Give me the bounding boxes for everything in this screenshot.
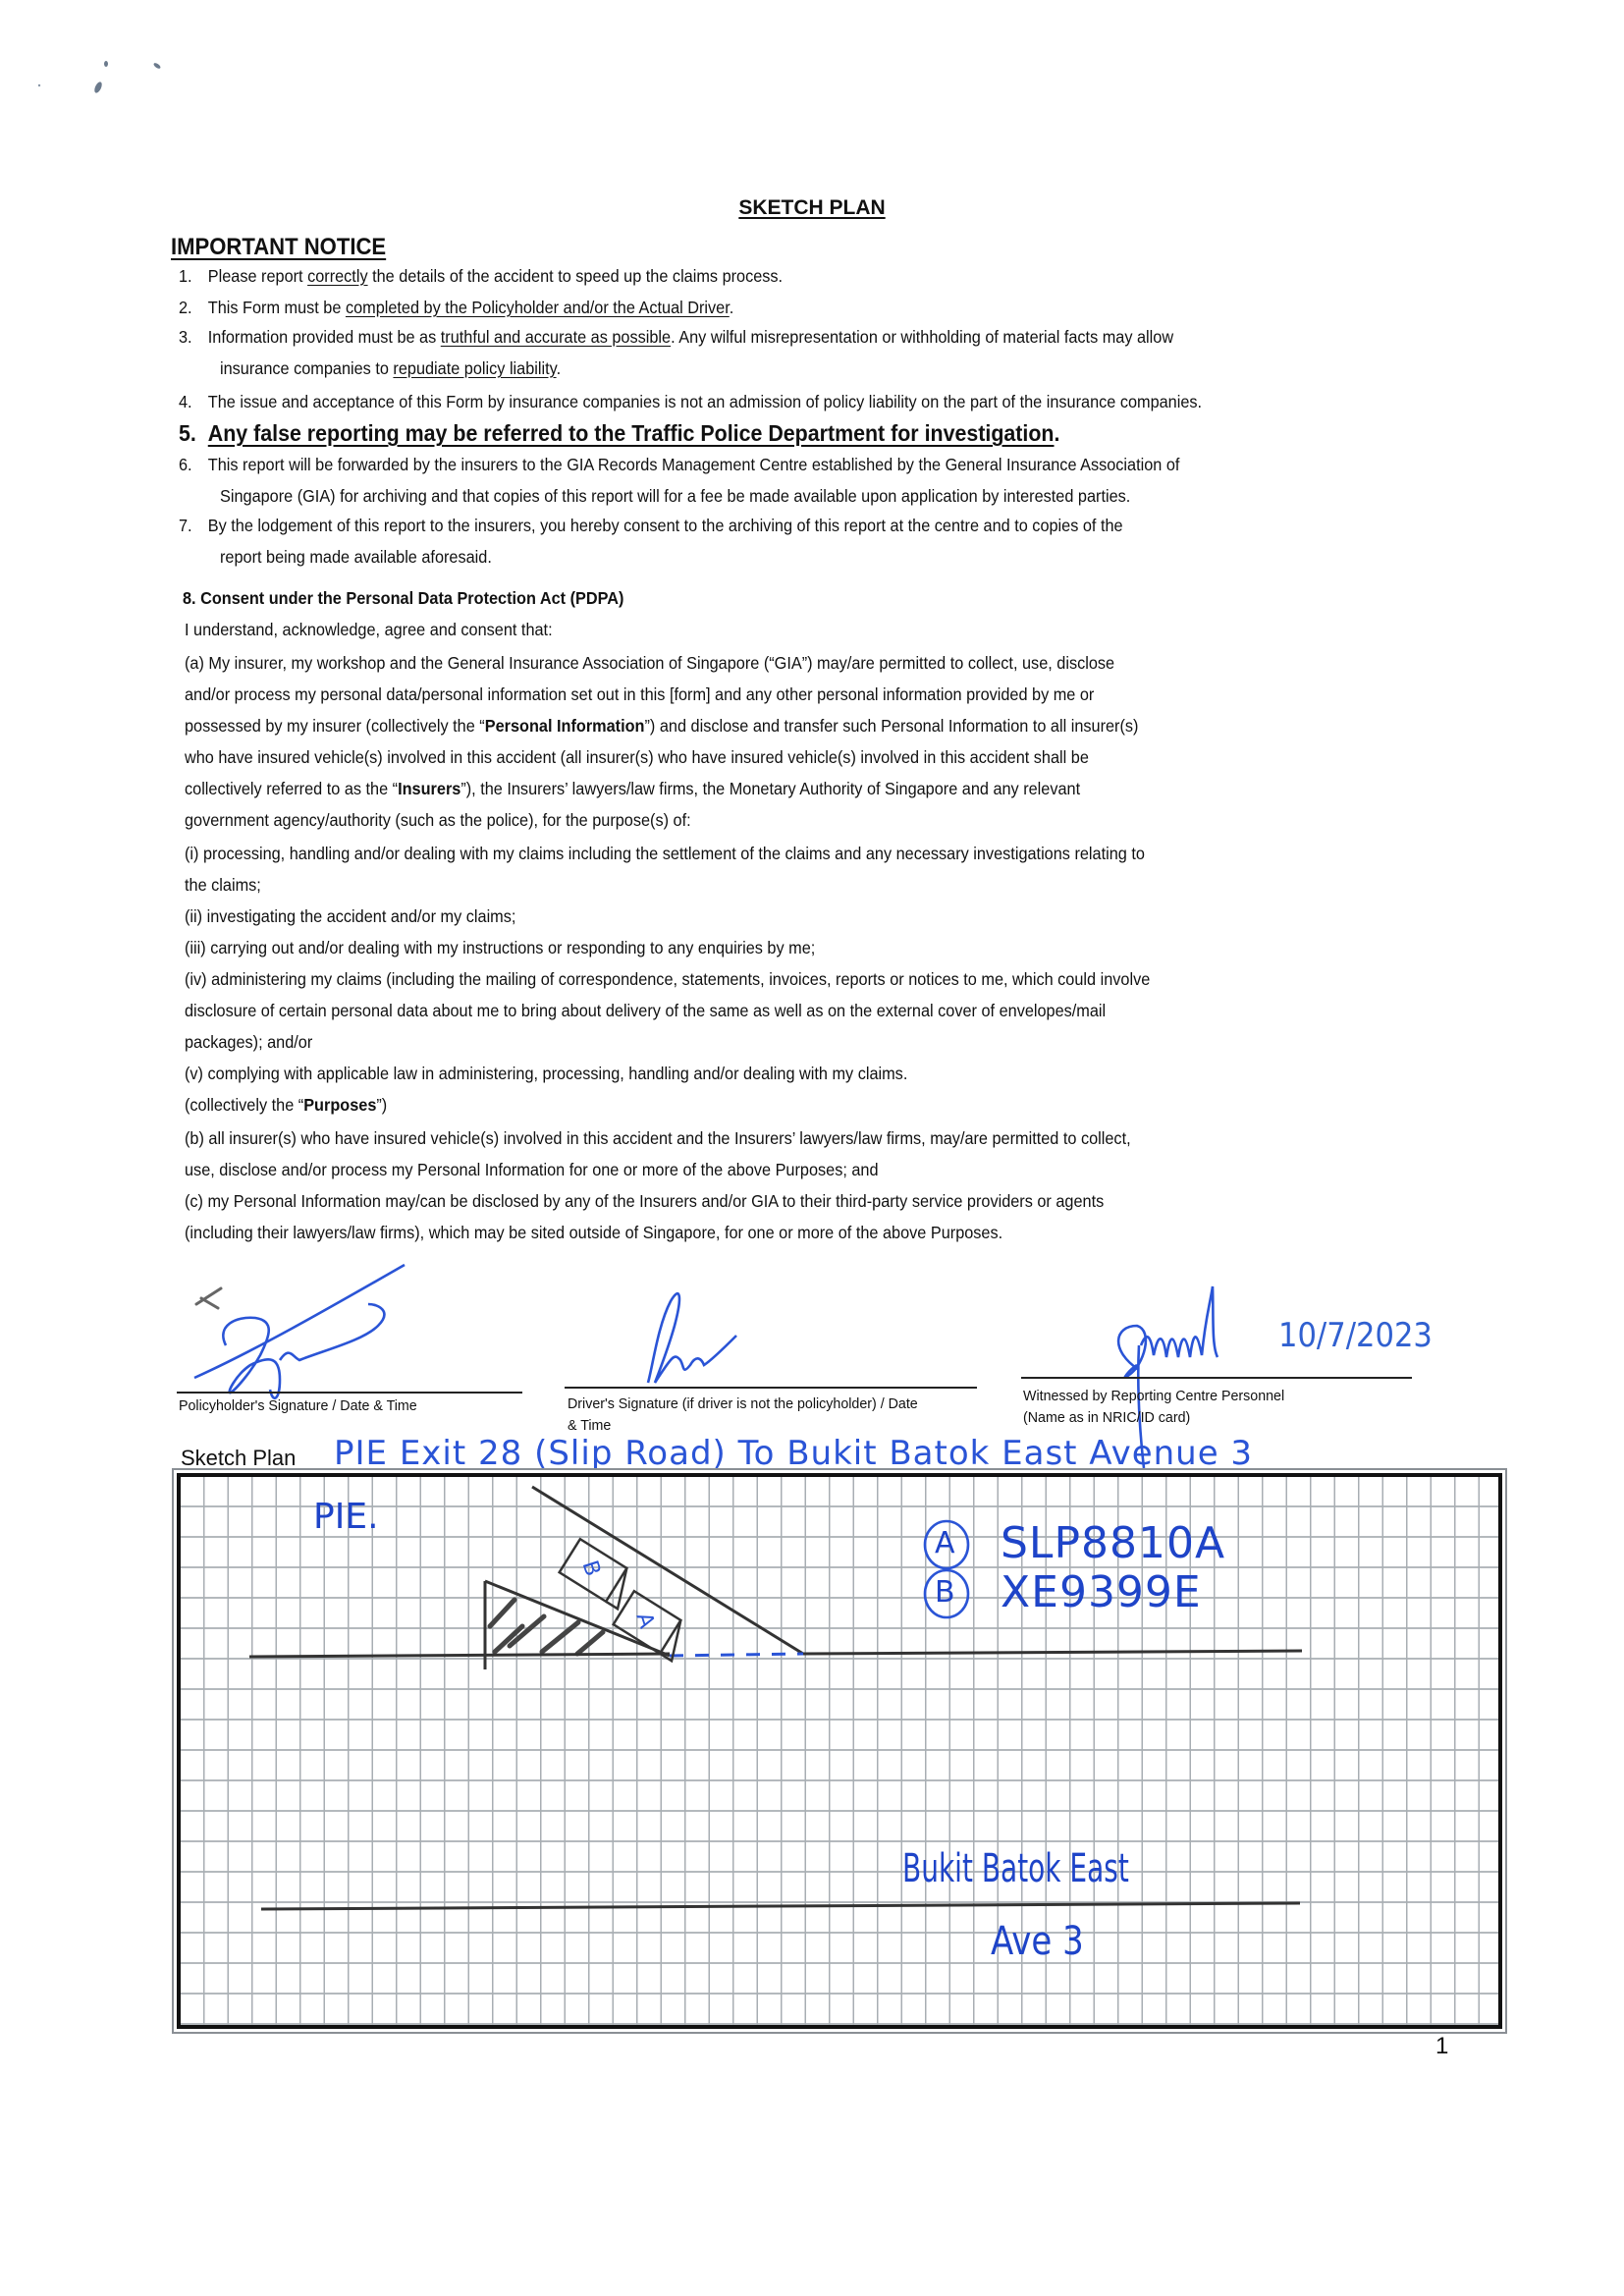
notice-item: 6.This report will be forwarded by the i… <box>179 454 1179 475</box>
pdpa-line: (i) processing, handling and/or dealing … <box>185 843 1145 864</box>
svg-text:B: B <box>577 1558 605 1579</box>
page-title: SKETCH PLAN <box>0 196 1624 220</box>
driver-signature-block <box>565 1267 977 1404</box>
pdpa-line: collectively referred to as the “Insurer… <box>185 778 1080 799</box>
notice-item: 1.Please report correctly the details of… <box>179 265 783 287</box>
pdpa-heading: 8. Consent under the Personal Data Prote… <box>183 587 623 609</box>
vehicle-a-marker: A <box>935 1526 955 1560</box>
notice-item-continued: insurance companies to repudiate policy … <box>220 357 561 379</box>
notice-item: 5.Any false reporting may be referred to… <box>179 422 1059 444</box>
driver-signature-ink <box>565 1267 977 1394</box>
page-number: 1 <box>1435 2033 1448 2060</box>
pdpa-line: disclosure of certain personal data abou… <box>185 1000 1106 1021</box>
road-label-ave-3: Ave 3 <box>991 1919 1084 1964</box>
vehicle-a-plate: SLP8810A <box>1001 1518 1225 1568</box>
road-diagram: B A <box>181 1477 1498 2025</box>
pdpa-line: the claims; <box>185 874 261 896</box>
policyholder-signature-ink <box>177 1267 522 1394</box>
pdpa-line: use, disclose and/or process my Personal… <box>185 1159 879 1180</box>
sketch-grid-area[interactable]: PIE. B A <box>177 1473 1502 2029</box>
notice-item-continued: Singapore (GIA) for archiving and that c… <box>220 485 1130 507</box>
pdpa-line: government agency/authority (such as the… <box>185 809 691 831</box>
policyholder-signature-label: Policyholder's Signature / Date & Time <box>179 1394 417 1418</box>
pdpa-line: packages); and/or <box>185 1031 312 1053</box>
pdpa-line: (including their lawyers/law firms), whi… <box>185 1222 1002 1243</box>
pdpa-line: (c) my Personal Information may/can be d… <box>185 1190 1104 1212</box>
sketch-plan-label: Sketch Plan <box>181 1446 296 1471</box>
pdpa-line: and/or process my personal data/personal… <box>185 683 1094 705</box>
witness-label-cont: (Name as in NRIC/ID card) <box>1023 1406 1190 1430</box>
vehicle-b-plate: XE9399E <box>1001 1567 1202 1617</box>
notice-item: 7.By the lodgement of this report to the… <box>179 515 1123 536</box>
notice-item: 4.The issue and acceptance of this Form … <box>179 391 1202 412</box>
svg-text:A: A <box>631 1610 659 1631</box>
policyholder-signature-block <box>177 1267 522 1404</box>
pdpa-line: (collectively the “Purposes”) <box>185 1094 387 1116</box>
pdpa-line: (iv) administering my claims (including … <box>185 968 1150 990</box>
witness-label: Witnessed by Reporting Centre Personnel <box>1023 1385 1284 1408</box>
pdpa-line: (b) all insurer(s) who have insured vehi… <box>185 1127 1131 1149</box>
road-label-bukit-batok-east: Bukit Batok East <box>902 1846 1129 1891</box>
driver-signature-label: Driver's Signature (if driver is not the… <box>568 1393 918 1416</box>
notice-item: 2.This Form must be completed by the Pol… <box>179 297 733 318</box>
pdpa-line: (ii) investigating the accident and/or m… <box>185 905 515 927</box>
important-notice-heading: IMPORTANT NOTICE <box>171 234 386 261</box>
pdpa-line: I understand, acknowledge, agree and con… <box>185 619 553 640</box>
pdpa-line: (iii) carrying out and/or dealing with m… <box>185 937 815 958</box>
vehicle-b-marker: B <box>935 1575 955 1610</box>
notice-item-continued: report being made available aforesaid. <box>220 546 492 568</box>
pdpa-line: (a) My insurer, my workshop and the Gene… <box>185 652 1114 674</box>
pdpa-line: who have insured vehicle(s) involved in … <box>185 746 1089 768</box>
pdpa-line: possessed by my insurer (collectively th… <box>185 715 1138 737</box>
scan-specks <box>29 54 177 103</box>
witness-date: 10/7/2023 <box>1278 1316 1433 1355</box>
pdpa-line: (v) complying with applicable law in adm… <box>185 1063 907 1084</box>
sketch-location-handwritten: PIE Exit 28 (Slip Road) To Bukit Batok E… <box>334 1434 1253 1473</box>
notice-item: 3.Information provided must be as truthf… <box>179 326 1173 348</box>
